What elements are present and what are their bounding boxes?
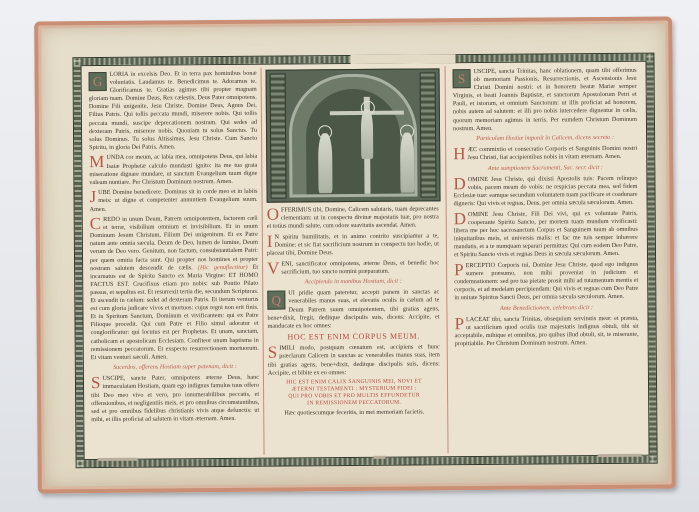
rubric: Accipiendo in manibus Hostiam, dicit : (267, 278, 439, 287)
prayer-jube: JUBE Domine benedicere. Dominus sit in c… (89, 188, 257, 214)
red-initial: M (89, 155, 104, 169)
prayer-gloria: GLORIA in excelsis Deo. Et in terra pax … (89, 70, 258, 152)
prayer-qui-pridie: QUI pridie quam pateretur, accepit panem… (267, 289, 439, 331)
prayer-domine-pacem: DOMINE Jesu Christe, qui dixisti Apostol… (453, 175, 637, 209)
rubric: Ante Benedictionem, celebrans dicit : (454, 304, 638, 314)
virgin-mary-figure (318, 133, 332, 193)
printer-imprint-right (598, 454, 642, 457)
red-initial: P (454, 317, 464, 331)
consecration-words-chalice: HIC EST ENIM CALIX SANGUINIS MEI, NOVI E… (268, 379, 440, 408)
right-column: SUSCIPE, sancta Trinitas, hanc oblatione… (453, 67, 640, 451)
red-initial: V (267, 261, 279, 275)
consecration-words-host: HOC EST ENIM CORPUS MEUM. (268, 332, 440, 343)
st-john-figure (400, 133, 414, 193)
prayer-perceptio: PERCEPTIO Corporis tui, Domine Jesu Chri… (454, 261, 638, 303)
red-initial: P (454, 263, 464, 277)
red-initial: C (90, 217, 101, 231)
center-column: OFFERIMUS tibi, Domine, Calicem salutari… (266, 68, 441, 452)
red-initial: D (453, 177, 465, 191)
prayer-munda-cor: MUNDA cor meum, ac labia mea, omnipotens… (89, 153, 257, 187)
prayer-haec-quotiescumque: Hæc quotiescumque feceritis, in mei memo… (268, 409, 440, 418)
illuminated-initial: G (89, 72, 107, 91)
red-initial: J (89, 190, 96, 204)
prayer-simili-modo: SIMILI modo, postquam cœnatum est, accip… (268, 344, 440, 378)
prayer-suscipe-trinitas: SUSCIPE, sancta Trinitas, hanc oblatione… (453, 67, 638, 133)
foliate-border (270, 74, 287, 199)
illuminated-initial: S (453, 69, 471, 88)
worn-border-segment (350, 54, 455, 64)
prayer-credo: CREDO in unum Deum, Patrem omnipotentem,… (90, 215, 259, 362)
prayer-haec-commixtio: HÆC commixtio et consecratio Corporis et… (453, 145, 637, 163)
rubric: Particulam Hostiæ imponit in Calicem, di… (453, 134, 637, 144)
ornamental-border: GLORIA in excelsis Deo. Et in terra pax … (73, 54, 656, 468)
prayer-in-spiritu: IN spiritu humilitatis, et in animo cont… (267, 232, 439, 258)
christ-figure (361, 109, 373, 159)
printer-imprint-left (98, 458, 138, 461)
red-initial: O (267, 208, 279, 222)
left-column: GLORIA in excelsis Deo. Et in terra pax … (89, 70, 260, 454)
rubric: Ante sumptionem Sacramenti, Sac. secr. d… (453, 164, 637, 174)
red-initial: D (454, 212, 466, 226)
column-divider (445, 66, 449, 453)
red-initial: I (267, 234, 273, 248)
prayer-offerimus: OFFERIMUS tibi, Domine, Calicem salutari… (267, 205, 439, 231)
plate-number (374, 456, 386, 459)
red-initial: S (91, 376, 101, 390)
crucifixion-engraving (266, 68, 441, 202)
inline-rubric: (Hic genuflectitur) (198, 264, 248, 271)
red-initial: S (268, 346, 278, 360)
column-divider (261, 68, 265, 455)
rubric: Sacerdos, offerens Hostiam super patenam… (91, 363, 259, 372)
prayer-placeat: PLACEAT tibi, sancta Trinitas, obsequium… (454, 315, 638, 349)
prayer-suscipe-pater: SUSCIPE, sancte Pater, omnipotens æterne… (91, 374, 259, 424)
red-initial: H (453, 147, 465, 161)
prayer-domine-fili-dei: DOMINE Jesu Christe, Fili Dei vivi, qui … (454, 210, 638, 260)
romanesque-arch (289, 74, 418, 198)
foliate-border (420, 72, 437, 197)
altar-card-board: GLORIA in excelsis Deo. Et in terra pax … (34, 17, 676, 494)
prayer-veni: VENI, sanctificator omnipotens, æterne D… (267, 259, 439, 277)
illuminated-initial: Q (267, 291, 285, 310)
